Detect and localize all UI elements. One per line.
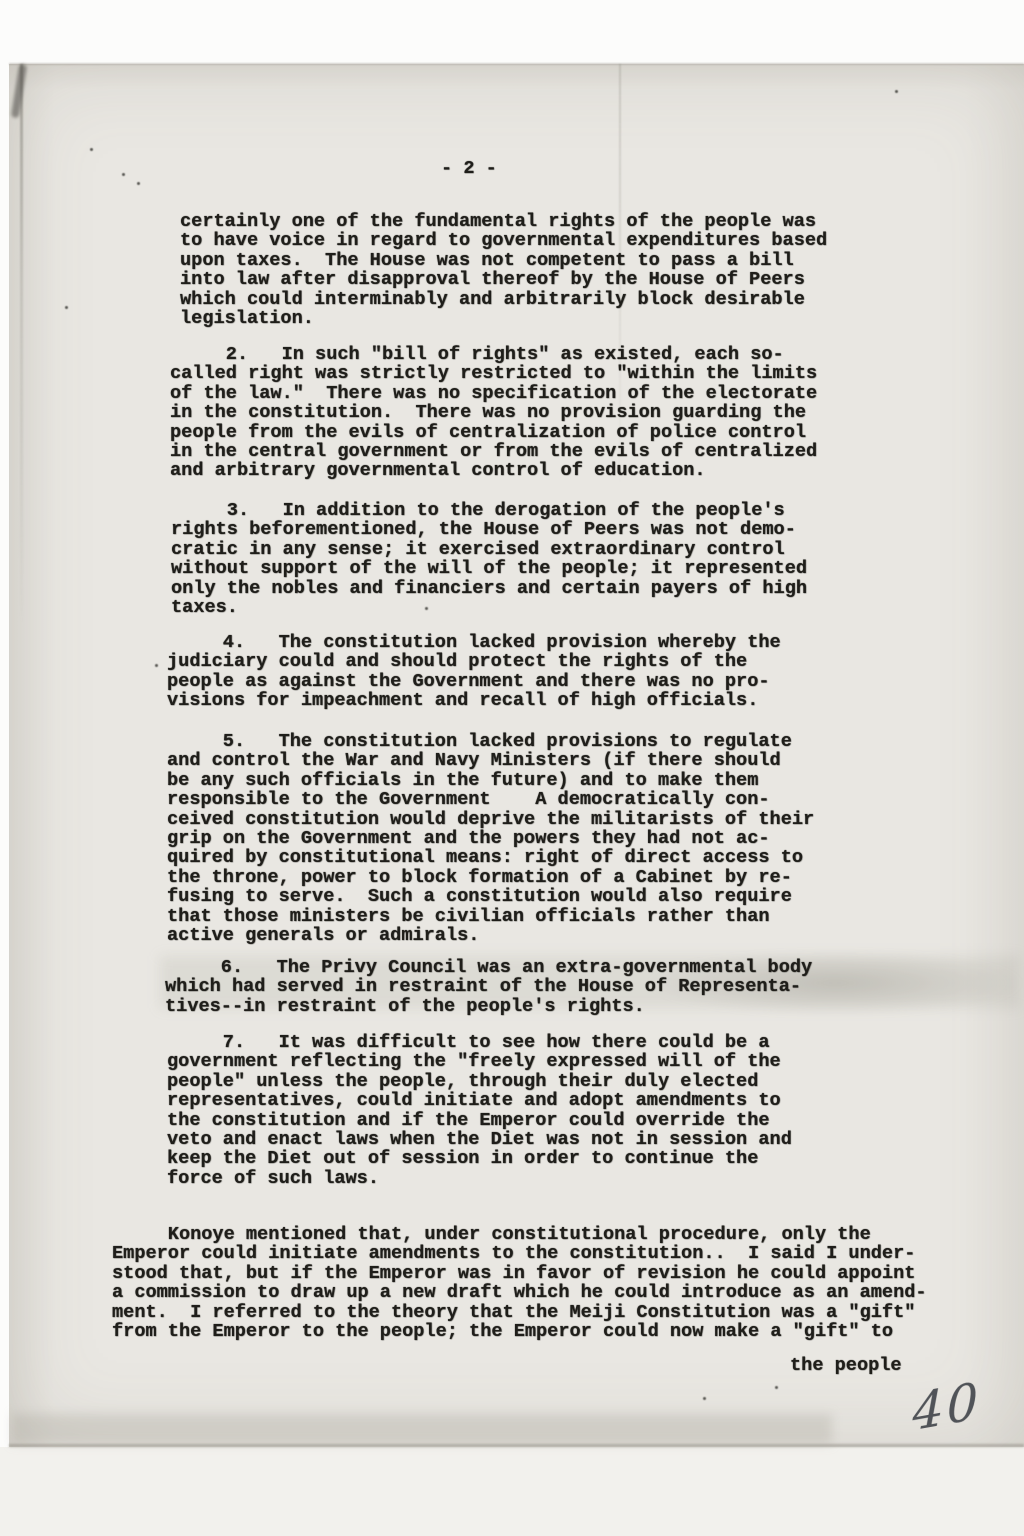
- ink-speck: [90, 148, 93, 151]
- paragraph-2: 2. In such "bill of rights" as existed, …: [170, 345, 817, 481]
- ink-speck: [65, 306, 68, 309]
- ink-speck: [155, 664, 158, 667]
- paper-bottom-edge: [9, 1444, 1024, 1447]
- paragraph-4: 4. The constitution lacked provision whe…: [167, 633, 781, 711]
- bottom-mottle-artifact: [12, 1414, 832, 1444]
- paragraph-intro: certainly one of the fundamental rights …: [180, 212, 827, 328]
- paragraph-5: 5. The constitution lacked provisions to…: [167, 732, 814, 945]
- scanned-document-page: { "document": { "page_number": "- 2 -", …: [0, 0, 1024, 1536]
- paragraph-konoye: Konoye mentioned that, under constitutio…: [112, 1225, 927, 1341]
- handwritten-page-number: 40: [913, 1376, 982, 1439]
- left-fold-crease: [20, 64, 23, 624]
- ink-speck: [895, 90, 898, 93]
- paper-top-edge: [9, 63, 1024, 65]
- ink-speck: [137, 182, 140, 185]
- ink-speck: [703, 1397, 706, 1400]
- page-number: - 2 -: [441, 159, 497, 178]
- paragraph-3: 3. In addition to the derogation of the …: [171, 501, 807, 617]
- catchword: the people: [790, 1356, 902, 1375]
- ink-speck: [122, 173, 125, 176]
- paragraph-7: 7. It was difficult to see how there cou…: [167, 1033, 792, 1188]
- paragraph-6: 6. The Privy Council was an extra-govern…: [165, 958, 812, 1016]
- scan-background-below-page: [0, 1447, 1024, 1536]
- ink-speck: [775, 1386, 778, 1389]
